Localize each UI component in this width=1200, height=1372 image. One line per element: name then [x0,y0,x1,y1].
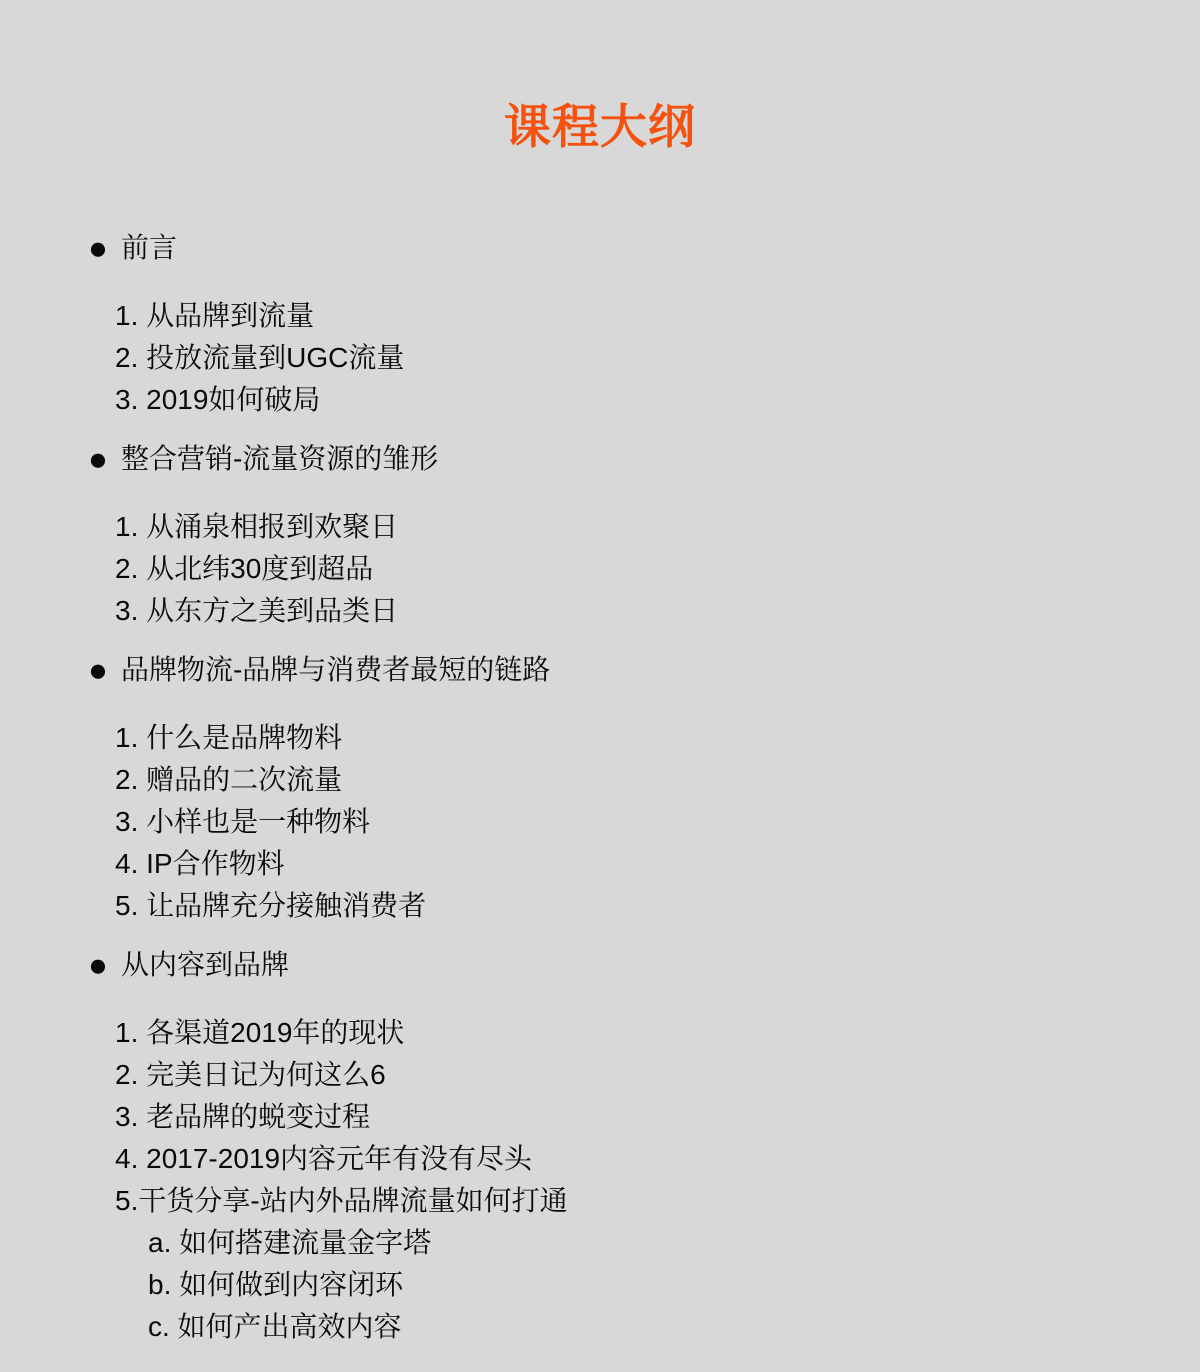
course-outline-page: 课程大纲 ● 前言 1. 从品牌到流量 2. 投放流量到UGC流量 3. 201… [0,0,1200,1348]
bullet-icon: ● [88,438,108,480]
list-item: 1. 从品牌到流量 [115,295,1160,337]
list-item: 3. 小样也是一种物料 [115,801,1160,843]
section-heading: ● 品牌物流-品牌与消费者最短的链路 [88,649,1160,691]
section-integrated-marketing: ● 整合营销-流量资源的雏形 1. 从涌泉相报到欢聚日 2. 从北纬30度到超品… [88,438,1160,632]
bullet-icon: ● [88,227,108,269]
section-title: 整合营销-流量资源的雏形 [121,438,438,480]
sub-list-item: a. 如何搭建流量金字塔 [148,1222,1160,1264]
page-title: 课程大纲 [0,0,1200,157]
list-item: 5.干货分享-站内外品牌流量如何打通 [115,1180,1160,1222]
list-item: 2. 完美日记为何这么6 [115,1054,1160,1096]
section-items: 1. 各渠道2019年的现状 2. 完美日记为何这么6 3. 老品牌的蜕变过程 … [88,1012,1160,1222]
section-items: 1. 从涌泉相报到欢聚日 2. 从北纬30度到超品 3. 从东方之美到品类日 [88,506,1160,632]
list-item: 2. 从北纬30度到超品 [115,548,1160,590]
list-item: 2. 赠品的二次流量 [115,759,1160,801]
sub-list-item: b. 如何做到内容闭环 [148,1264,1160,1306]
section-items: 1. 从品牌到流量 2. 投放流量到UGC流量 3. 2019如何破局 [88,295,1160,421]
list-item: 3. 从东方之美到品类日 [115,590,1160,632]
list-item: 1. 什么是品牌物料 [115,717,1160,759]
bullet-icon: ● [88,944,108,986]
section-content-to-brand: ● 从内容到品牌 1. 各渠道2019年的现状 2. 完美日记为何这么6 3. … [88,944,1160,1348]
section-title: 从内容到品牌 [121,944,289,986]
section-items: 1. 什么是品牌物料 2. 赠品的二次流量 3. 小样也是一种物料 4. IP合… [88,717,1160,927]
list-item: 3. 2019如何破局 [115,379,1160,421]
section-brand-logistics: ● 品牌物流-品牌与消费者最短的链路 1. 什么是品牌物料 2. 赠品的二次流量… [88,649,1160,927]
section-heading: ● 前言 [88,227,1160,269]
section-subitems: a. 如何搭建流量金字塔 b. 如何做到内容闭环 c. 如何产出高效内容 [88,1222,1160,1348]
list-item: 3. 老品牌的蜕变过程 [115,1096,1160,1138]
list-item: 2. 投放流量到UGC流量 [115,337,1160,379]
section-title: 前言 [121,227,177,269]
bullet-icon: ● [88,649,108,691]
list-item: 4. 2017-2019内容元年有没有尽头 [115,1138,1160,1180]
list-item: 4. IP合作物料 [115,843,1160,885]
list-item: 1. 各渠道2019年的现状 [115,1012,1160,1054]
sub-list-item: c. 如何产出高效内容 [148,1306,1160,1348]
section-preface: ● 前言 1. 从品牌到流量 2. 投放流量到UGC流量 3. 2019如何破局 [88,227,1160,421]
section-heading: ● 整合营销-流量资源的雏形 [88,438,1160,480]
list-item: 5. 让品牌充分接触消费者 [115,885,1160,927]
list-item: 1. 从涌泉相报到欢聚日 [115,506,1160,548]
section-heading: ● 从内容到品牌 [88,944,1160,986]
section-title: 品牌物流-品牌与消费者最短的链路 [121,649,550,691]
outline: ● 前言 1. 从品牌到流量 2. 投放流量到UGC流量 3. 2019如何破局… [88,227,1160,1348]
